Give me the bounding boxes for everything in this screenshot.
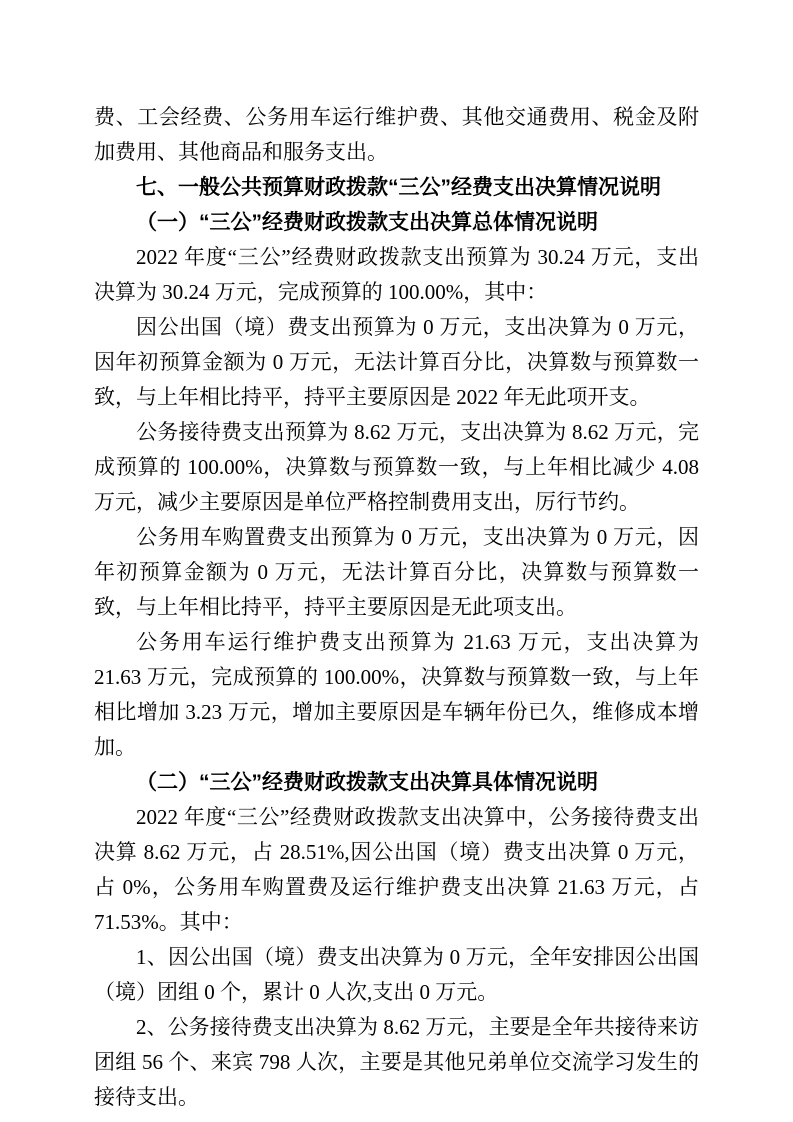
paragraph-body-9: 2022 年度“三公”经费财政拨款支出决算中，公务接待费支出决算 8.62 万元…	[94, 800, 699, 940]
paragraph-body-5: 公务接待费支出预算为 8.62 万元，支出决算为 8.62 万元，完成预算的 1…	[94, 415, 699, 520]
paragraph-heading2-8: （二）“三公”经费财政拨款支出决算具体情况说明	[94, 765, 699, 800]
paragraph-heading1-1: 七、一般公共预算财政拨款“三公”经费支出决算情况说明	[94, 170, 699, 205]
paragraph-body-11: 2、公务接待费支出决算为 8.62 万元，主要是全年共接待来访团组 56 个、来…	[94, 1010, 699, 1115]
paragraph-heading2-2: （一）“三公”经费财政拨款支出决算总体情况说明	[94, 205, 699, 240]
document-page: 费、工会经费、公务用车运行维护费、其他交通费用、税金及附加费用、其他商品和服务支…	[0, 0, 793, 1122]
paragraph-body-10: 1、因公出国（境）费支出决算为 0 万元，全年安排因公出国（境）团组 0 个，累…	[94, 940, 699, 1010]
paragraph-body-continuation-0: 费、工会经费、公务用车运行维护费、其他交通费用、税金及附加费用、其他商品和服务支…	[94, 100, 699, 170]
document-content: 费、工会经费、公务用车运行维护费、其他交通费用、税金及附加费用、其他商品和服务支…	[94, 100, 699, 1115]
paragraph-body-3: 2022 年度“三公”经费财政拨款支出预算为 30.24 万元，支出决算为 30…	[94, 240, 699, 310]
paragraph-body-4: 因公出国（境）费支出预算为 0 万元，支出决算为 0 万元，因年初预算金额为 0…	[94, 310, 699, 415]
paragraph-body-6: 公务用车购置费支出预算为 0 万元，支出决算为 0 万元，因年初预算金额为 0 …	[94, 520, 699, 625]
paragraph-body-7: 公务用车运行维护费支出预算为 21.63 万元，支出决算为 21.63 万元，完…	[94, 625, 699, 765]
